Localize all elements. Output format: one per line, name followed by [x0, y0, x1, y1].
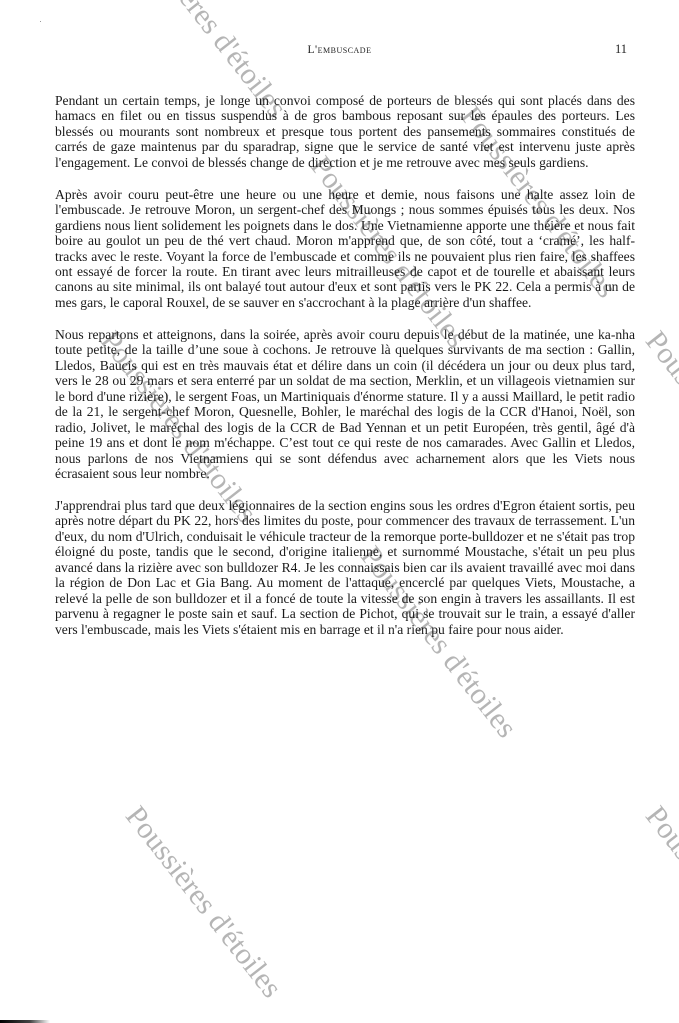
page-number: 11: [615, 42, 627, 57]
book-page: Poussières d'étoiles Poussières d'étoile…: [0, 0, 679, 1023]
watermark: Poussières d'étoiles: [0, 530, 3, 734]
scan-speck: [40, 21, 41, 22]
watermark: Poussières d'étoiles: [638, 800, 679, 1004]
paragraph: J'apprendrai plus tard que deux légionna…: [55, 498, 635, 637]
running-title: L'embuscade: [0, 44, 679, 56]
watermark: Poussières d'étoiles: [638, 325, 679, 529]
body-text: Pendant un certain temps, je longe un co…: [55, 93, 635, 654]
paragraph: Pendant un certain temps, je longe un co…: [55, 93, 635, 170]
paragraph: Après avoir couru peut-être une heure ou…: [55, 187, 635, 311]
paragraph: Nous repartons et atteignons, dans la so…: [55, 327, 635, 482]
watermark: Poussières d'étoiles: [118, 800, 288, 1004]
